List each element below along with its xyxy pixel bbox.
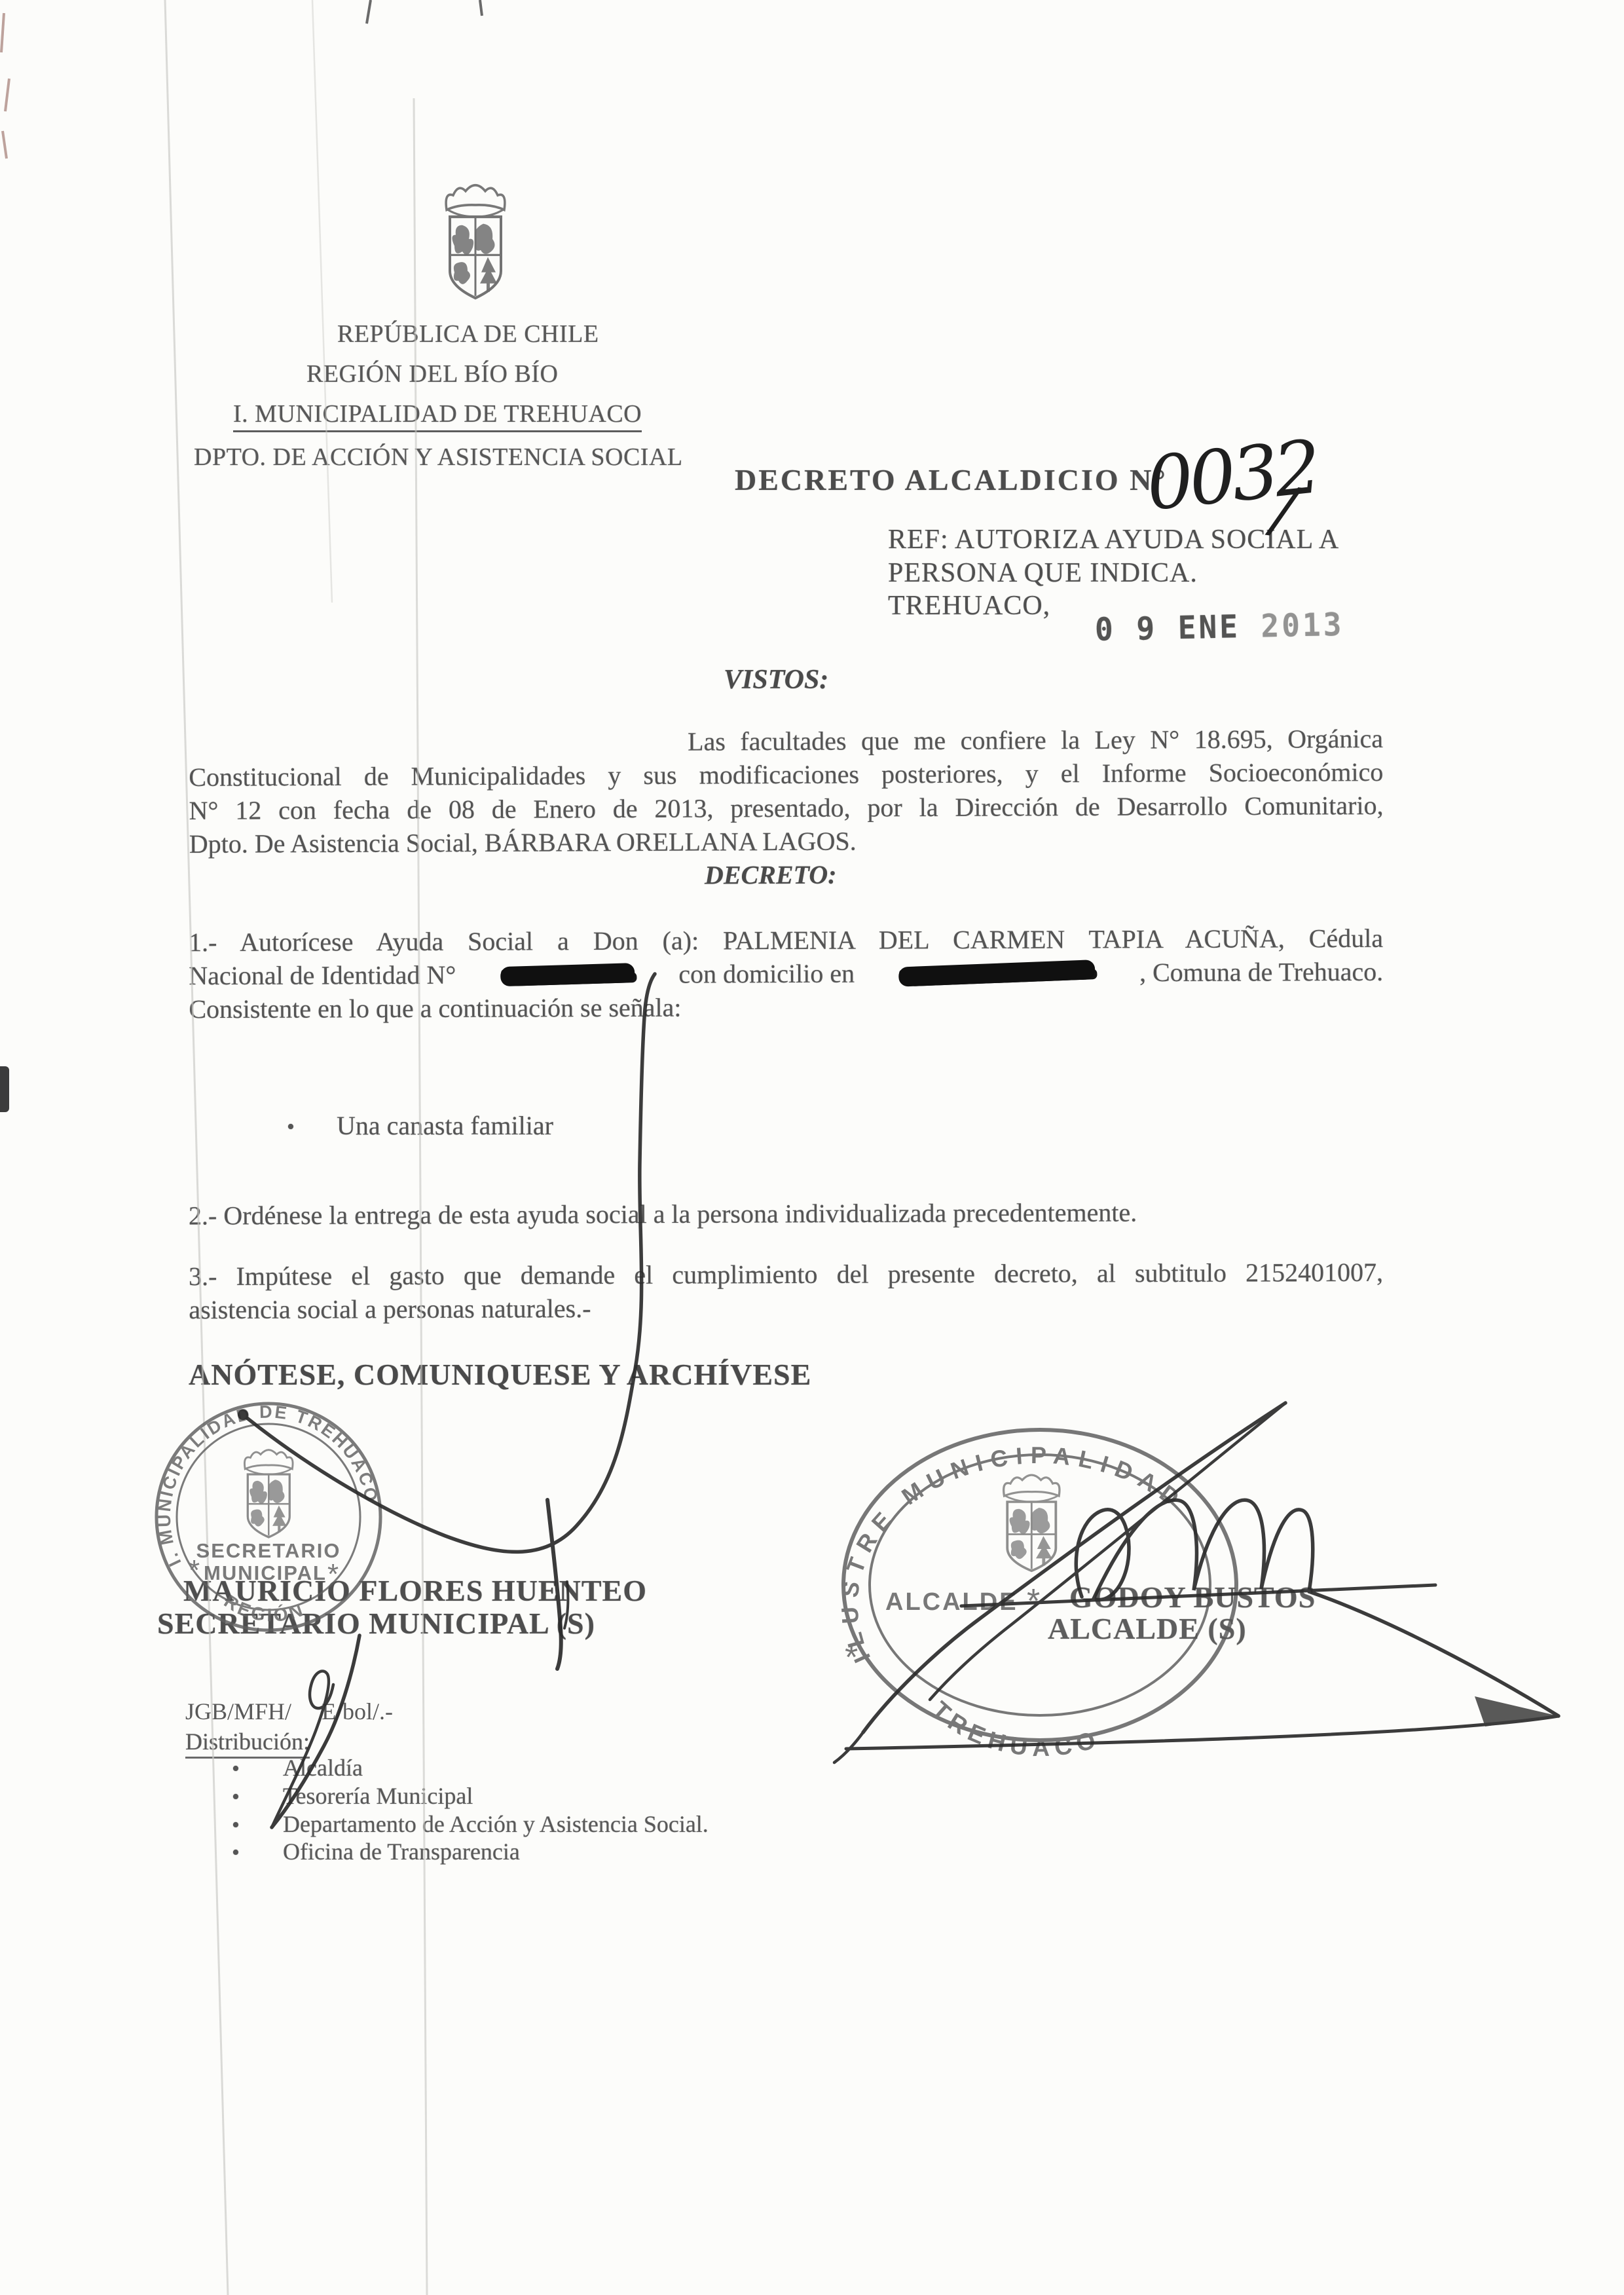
right-stamp-center-text: ALCALDE [885, 1588, 1018, 1616]
scanned-decree-page: REPÚBLICA DE CHILE REGIÓN DEL BÍO BÍO I.… [0, 0, 1624, 2295]
signature-loops [1076, 1510, 1129, 1600]
pen-strokes [238, 974, 1559, 1827]
left-stamp-crest-icon [244, 1450, 293, 1537]
svg-text:TREHUACO: TREHUACO [927, 1696, 1104, 1762]
left-stamp-star-right: * [327, 1558, 339, 1590]
svg-text:REGIÓN: REGIÓN [221, 1591, 308, 1626]
right-stamp-star-left: * [845, 1639, 858, 1677]
right-stamp-bottom-text: TREHUACO [927, 1696, 1104, 1762]
right-stamp-crest-icon [1004, 1475, 1060, 1571]
scan-top-marks [367, 0, 482, 24]
fold-lines [165, 0, 427, 2295]
scan-corner-marks [1, 13, 9, 159]
left-stamp-center-1: SECRETARIO [196, 1539, 341, 1562]
left-stamp-center-2: MUNICIPAL [204, 1561, 327, 1584]
left-stamp-bottom-text: REGIÓN [221, 1591, 308, 1626]
header-crest-icon [446, 185, 505, 298]
pen-long-arc [243, 974, 655, 1552]
handwritten-decree-number: 0032 / [1143, 424, 1321, 548]
pen-vertical-stroke [547, 1500, 561, 1669]
scan-overlay: 0032 / I. MUNICIPALIDAD DE TREHUACO SECR… [0, 0, 1624, 2295]
left-stamp-star-left: * [189, 1554, 200, 1586]
signature-diagonal [1309, 1592, 1559, 1716]
